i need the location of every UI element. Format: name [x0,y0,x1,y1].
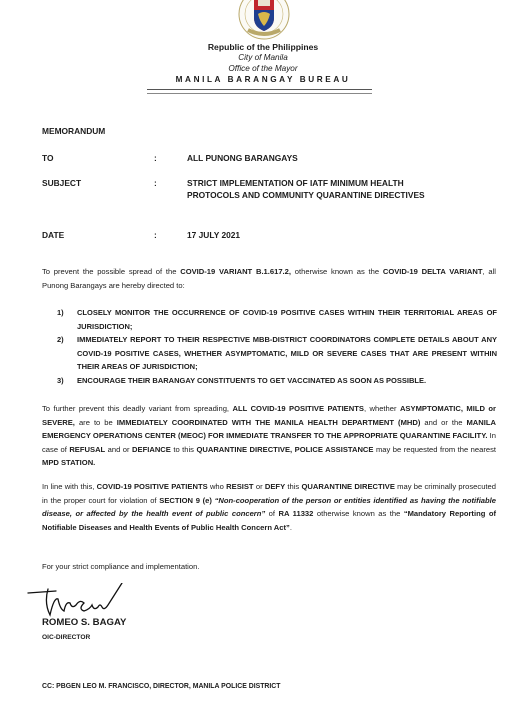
emphasis-text: DEFY [265,482,285,491]
directive-item: 2) IMMEDIATELY REPORT TO THEIR RESPECTIV… [57,333,497,374]
body-text: . [290,523,292,532]
body-text: otherwise known as the [313,509,403,518]
emphasis-text: RESIST [226,482,253,491]
city-of-manila-seal-icon [236,0,292,42]
memo-title: MEMORANDUM [42,126,105,136]
directive-number: 2) [57,333,64,347]
memo-colon: : [154,178,157,188]
body-text: are to be [75,418,117,427]
memo-colon: : [154,230,157,240]
positive-patients-paragraph: To further prevent this deadly variant f… [42,402,496,470]
body-text: or [254,482,265,491]
memo-label: SUBJECT [42,178,122,188]
body-text: To prevent the possible spread of the [42,267,180,276]
emphasis-text: IMMEDIATELY COORDINATED WITH THE MANILA … [117,418,421,427]
body-text: , whether [364,404,400,413]
memo-value: 17 JULY 2021 [187,230,447,242]
body-text: To further prevent this deadly variant f… [42,404,233,413]
directive-number: 1) [57,306,64,320]
emphasis-text: COVID-19 VARIANT B.1.617.2, [180,267,291,276]
signatory-name: ROMEO S. BAGAY [42,617,126,628]
emphasis-text: COVID-19 DELTA VARIANT [383,267,483,276]
body-text: this [285,482,301,491]
emphasis-text: MPD STATION. [42,458,95,467]
emphasis-text: SECTION 9 (e) [159,496,214,505]
directive-text: ENCOURAGE THEIR BARANGAY CONSTITUENTS TO… [77,376,426,385]
emphasis-text: COVID-19 POSITIVE PATIENTS [97,482,208,491]
directives-list: 1) CLOSELY MONITOR THE OCCURRENCE OF COV… [57,306,497,388]
body-text: of [265,509,278,518]
directive-number: 3) [57,374,64,388]
signatory-title: OIC-DIRECTOR [42,634,90,641]
body-text: and or [105,445,132,454]
header-divider [147,89,372,94]
memo-value: STRICT IMPLEMENTATION OF IATF MINIMUM HE… [187,178,447,201]
cc-line: CC: PBGEN LEO M. FRANCISCO, DIRECTOR, MA… [42,683,281,690]
directive-item: 1) CLOSELY MONITOR THE OCCURRENCE OF COV… [57,306,497,333]
directive-item: 3) ENCOURAGE THEIR BARANGAY CONSTITUENTS… [57,374,497,388]
prosecution-paragraph: In line with this, COVID-19 POSITIVE PAT… [42,480,496,534]
body-text: otherwise known as the [291,267,383,276]
header-bureau: MANILA BARANGAY BUREAU [0,75,526,84]
body-text: who [208,482,226,491]
directive-text: CLOSELY MONITOR THE OCCURRENCE OF COVID-… [77,308,497,331]
header-office: Office of the Mayor [0,64,526,73]
closing-paragraph: For your strict compliance and implement… [42,560,496,574]
emphasis-text: DEFIANCE [132,445,171,454]
emphasis-text: ALL COVID-19 POSITIVE PATIENTS [233,404,364,413]
header-republic: Republic of the Philippines [0,42,526,52]
memo-label: DATE [42,230,122,240]
body-text: and or the [420,418,466,427]
emphasis-text: RA 11332 [279,509,314,518]
body-text: In line with this, [42,482,97,491]
header-city: City of Manila [0,53,526,62]
body-text: may be requested from the nearest [374,445,497,454]
emphasis-text: QUARANTINE DIRECTIVE, POLICE ASSISTANCE [196,445,373,454]
memo-value: ALL PUNONG BARANGAYS [187,153,447,165]
memo-colon: : [154,153,157,163]
body-text: to this [171,445,197,454]
directive-text: IMMEDIATELY REPORT TO THEIR RESPECTIVE M… [77,335,497,371]
emphasis-text: QUARANTINE DIRECTIVE [302,482,395,491]
intro-paragraph: To prevent the possible spread of the CO… [42,265,496,292]
memorandum-page: Republic of the Philippines City of Mani… [0,0,526,715]
emphasis-text: REFUSAL [69,445,105,454]
memo-label: TO [42,153,122,163]
